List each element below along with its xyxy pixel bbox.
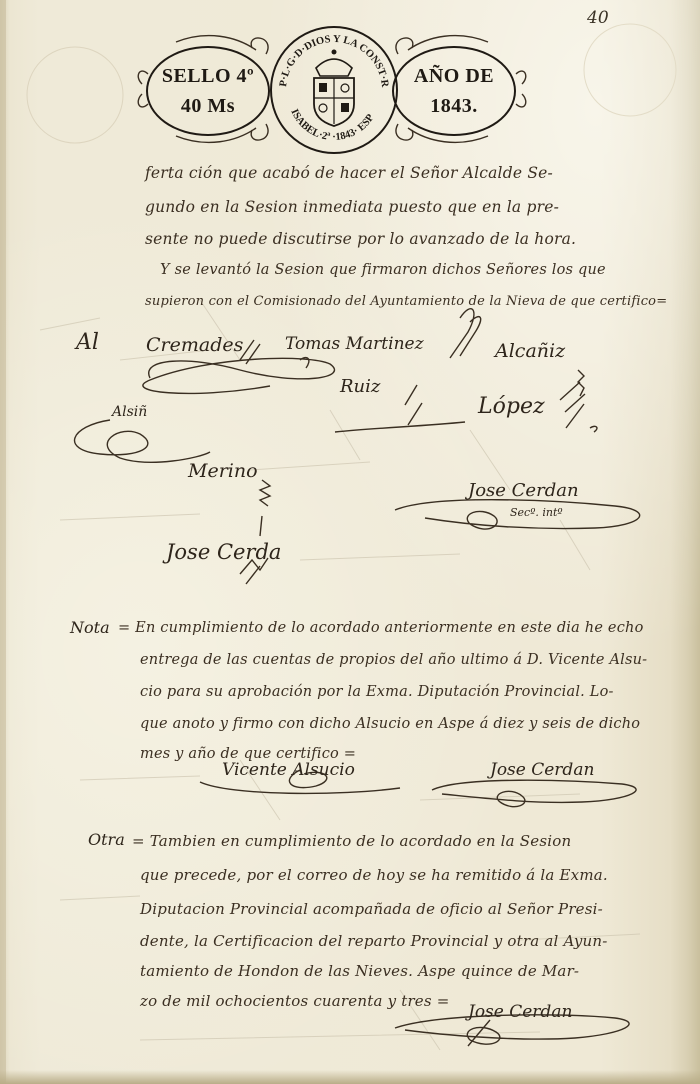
signature-jose-cerdan-2: Jose Cerdan bbox=[490, 760, 594, 780]
signature-jose-cerdan-3: Jose Cerdan bbox=[468, 1002, 572, 1022]
margin-label-nota: Nota bbox=[70, 618, 110, 637]
signature-vicente-alsucio: Vicente Alsucio bbox=[222, 760, 355, 780]
text-line: dente, la Certificacion del reparto Prov… bbox=[140, 932, 608, 950]
text-line: zo de mil ochocientos cuarenta y tres = bbox=[140, 992, 450, 1010]
margin-label-otra: Otra bbox=[88, 830, 125, 849]
manuscript-page: 40 SELLO 4º 40 Ms P·L·G·D·DIOS Y LA CONS… bbox=[0, 0, 700, 1084]
text-line: Diputacion Provincial acompañada de ofic… bbox=[140, 900, 603, 918]
text-line: = Tambien en cumplimiento de lo acordado… bbox=[132, 832, 571, 850]
text-line: tamiento de Hondon de las Nieves. Aspe q… bbox=[140, 962, 579, 980]
text-line: que precede, por el correo de hoy se ha … bbox=[140, 866, 608, 884]
signature-flourishes bbox=[0, 0, 700, 1084]
text-line: que anoto y firmo con dicho Alsucio en A… bbox=[140, 716, 640, 732]
text-line: = En cumplimiento de lo acordado anterio… bbox=[118, 620, 644, 636]
text-line: entrega de las cuentas de propios del añ… bbox=[140, 652, 647, 668]
text-line: cio para su aprobación por la Exma. Dipu… bbox=[140, 684, 614, 700]
